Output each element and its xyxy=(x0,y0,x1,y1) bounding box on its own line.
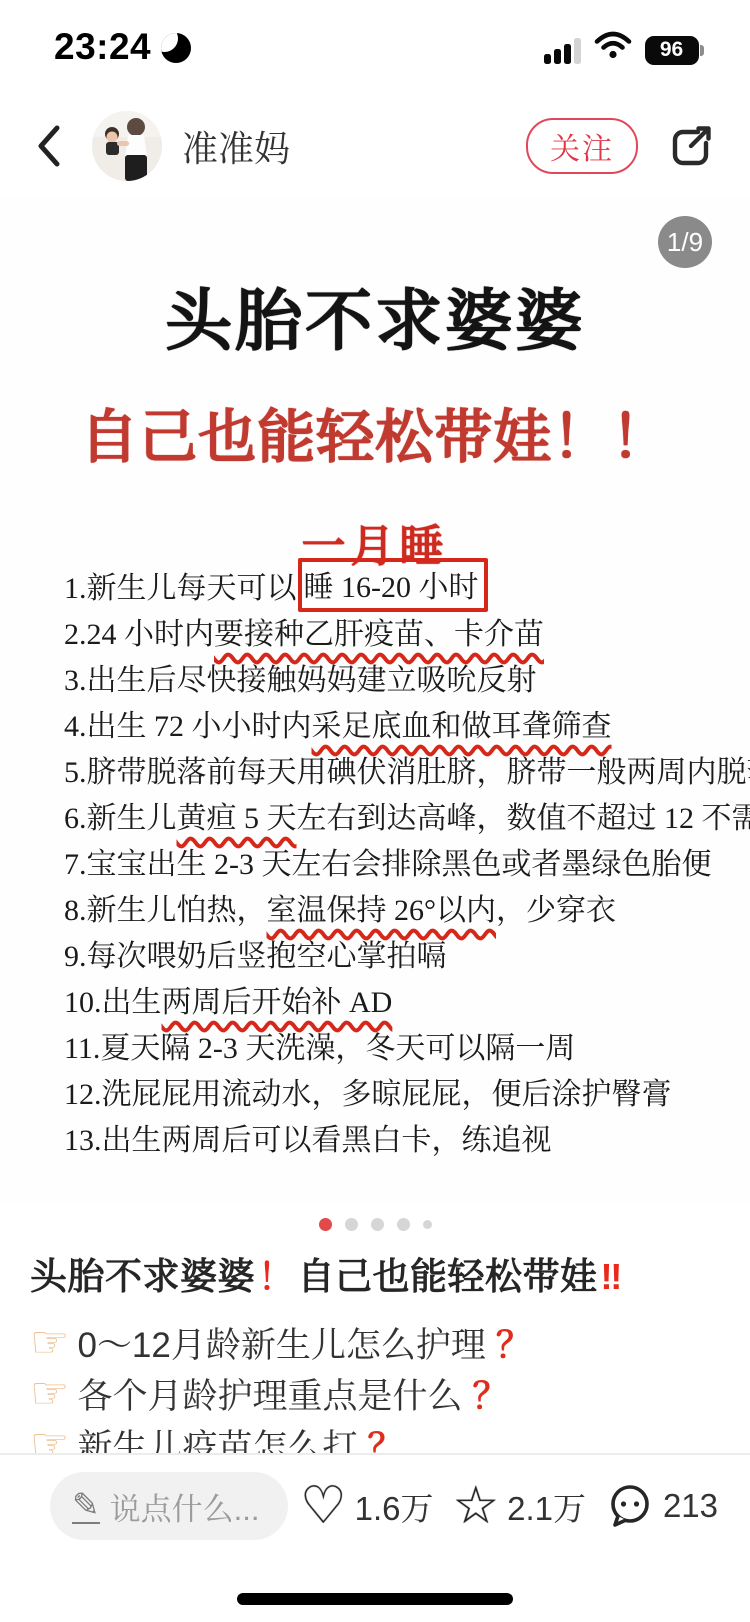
caption-lines: ☞0～12月龄新生儿怎么护理？☞各个月龄护理重点是什么？☞新生儿疫苗怎么打？ xyxy=(30,1317,724,1470)
avatar[interactable] xyxy=(92,111,162,181)
carousel-dot xyxy=(371,1218,384,1231)
caption-line: ☞0～12月龄新生儿怎么护理？ xyxy=(30,1317,724,1368)
wifi-icon xyxy=(594,31,632,64)
page-indicator-badge: 1/9 xyxy=(658,216,712,268)
star-icon: ☆ xyxy=(452,1480,499,1532)
care-tip: 9.每次喂奶后竖抱空心掌拍嗝 xyxy=(64,930,740,976)
heart-icon: ♡ xyxy=(300,1480,347,1532)
caption: 头胎不求婆婆！自己也能轻松带娃‼ ☞0～12月龄新生儿怎么护理？☞各个月龄护理重… xyxy=(30,1253,724,1470)
image-title: 头胎不求婆婆 xyxy=(0,268,750,364)
care-tip: 8.新生儿怕热，室温保持 26°以内，少穿衣 xyxy=(64,884,740,930)
care-tip: 3.出生后尽快接触妈妈建立吸吮反射 xyxy=(64,654,740,700)
status-bar: 23:24 96 xyxy=(0,20,750,74)
home-indicator[interactable] xyxy=(237,1593,513,1605)
cellular-signal-icon xyxy=(544,38,581,64)
care-tip: 11.夏天隔 2-3 天洗澡，冬天可以隔一周 xyxy=(64,1022,740,1068)
caption-line: ☞各个月龄护理重点是什么？ xyxy=(30,1368,724,1419)
care-tip: 6.新生儿黄疸 5 天左右到达高峰，数值不超过 12 不需要干预 xyxy=(64,792,740,838)
carousel-dot xyxy=(397,1218,410,1231)
comment-button[interactable]: 213 xyxy=(605,1481,718,1531)
back-button[interactable] xyxy=(36,116,76,176)
carousel-dot xyxy=(345,1218,358,1231)
care-tip: 12.洗屁屁用流动水，多晾屁屁，便后涂护臀膏 xyxy=(64,1068,740,1114)
comment-input[interactable]: ✎ 说点什么... xyxy=(50,1472,288,1540)
like-count: 1.6万 xyxy=(355,1483,434,1530)
action-group: ♡ 1.6万 ☆ 2.1万 213 xyxy=(300,1455,718,1557)
care-tip: 4.出生 72 小小时内采足底血和做耳聋筛查 xyxy=(64,700,740,746)
pointing-hand-icon: ☞ xyxy=(30,1321,69,1365)
carousel-dot xyxy=(423,1220,432,1229)
nav-bar: 准准妈 关注 xyxy=(0,104,750,188)
do-not-disturb-moon-icon xyxy=(161,33,191,63)
share-button[interactable] xyxy=(668,123,714,169)
collect-button[interactable]: ☆ 2.1万 xyxy=(452,1480,586,1532)
battery-percent: 96 xyxy=(645,36,699,65)
comment-count: 213 xyxy=(663,1487,718,1525)
battery-icon: 96 xyxy=(645,36,705,65)
care-tip: 7.宝宝出生 2-3 天左右会排除黑色或者墨绿色胎便 xyxy=(64,838,740,884)
care-tip: 5.脐带脱落前每天用碘伏消肚脐，脐带一般两周内脱落 xyxy=(64,746,740,792)
status-right: 96 xyxy=(544,31,705,64)
follow-button[interactable]: 关注 xyxy=(526,118,638,174)
pointing-hand-icon: ☞ xyxy=(30,1372,69,1416)
comment-placeholder: 说点什么... xyxy=(110,1484,260,1529)
care-tip: 2.24 小时内要接种乙肝疫苗、卡介苗 xyxy=(64,608,740,654)
care-tip: 10.出生两周后开始补 AD xyxy=(64,976,740,1022)
image-subtitle: 自己也能轻松带娃！！ xyxy=(0,390,750,474)
like-button[interactable]: ♡ 1.6万 xyxy=(300,1480,434,1532)
carousel-dot xyxy=(319,1218,332,1231)
pencil-icon: ✎ xyxy=(72,1488,100,1524)
care-tips-list: 1.新生儿每天可以睡 16-20 小时2.24 小时内要接种乙肝疫苗、卡介苗3.… xyxy=(64,562,740,1160)
care-tip: 13.出生两周后可以看黑白卡，练追视 xyxy=(64,1114,740,1160)
clock: 23:24 xyxy=(54,26,151,68)
caption-line-text: 0～12月龄新生儿怎么护理 xyxy=(77,1318,485,1368)
carousel-dots xyxy=(0,1218,750,1231)
status-left: 23:24 xyxy=(54,26,191,68)
username[interactable]: 准准妈 xyxy=(182,121,290,172)
post-image[interactable]: 1/9 头胎不求婆婆 自己也能轻松带娃！！ 一月睡 1.新生儿每天可以睡 16-… xyxy=(0,196,750,1204)
red-question-icon: ？ xyxy=(496,1317,532,1368)
collect-count: 2.1万 xyxy=(507,1483,586,1530)
comment-bubble-icon xyxy=(605,1481,655,1531)
red-question-icon: ？ xyxy=(472,1368,508,1419)
care-tip: 1.新生儿每天可以睡 16-20 小时 xyxy=(64,562,740,608)
caption-title: 头胎不求婆婆！自己也能轻松带娃‼ xyxy=(30,1253,724,1301)
caption-line-text: 各个月龄护理重点是什么 xyxy=(77,1369,462,1419)
